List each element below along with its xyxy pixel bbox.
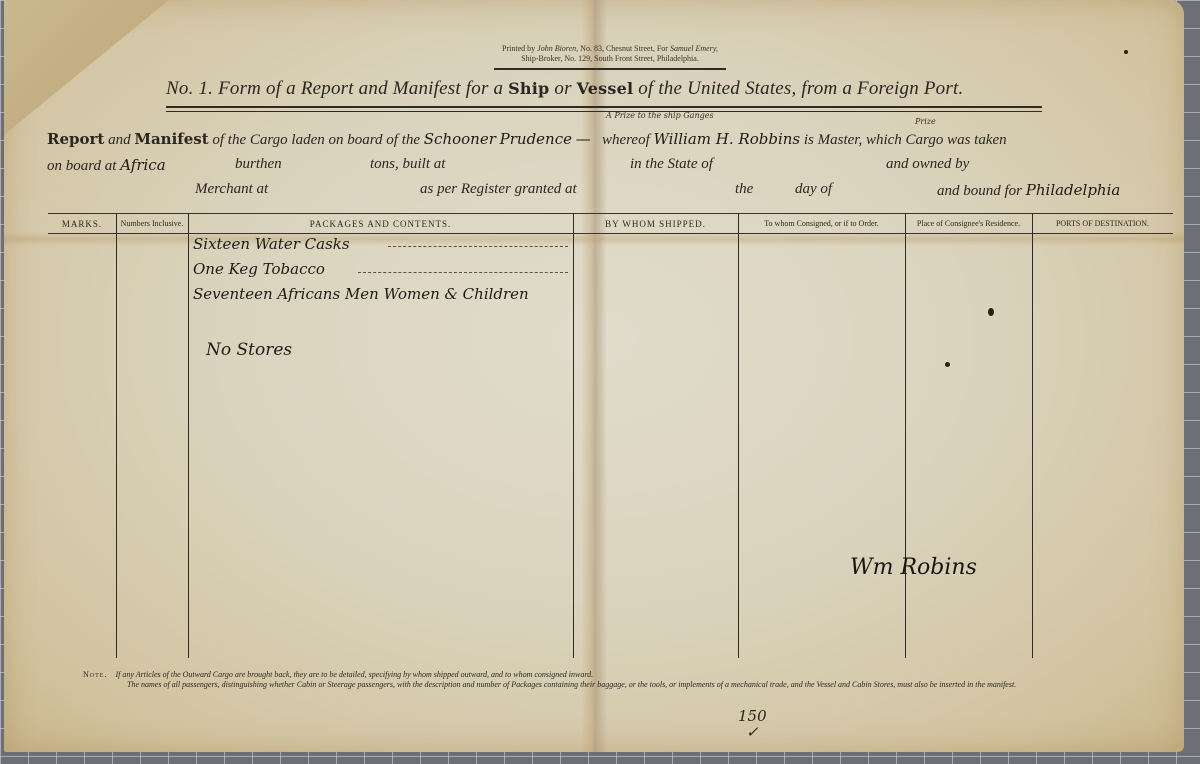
column-divider — [116, 213, 117, 658]
ink-blot — [1124, 50, 1128, 54]
table-header: MARKS. Numbers Inclusive. PACKAGES AND C… — [48, 213, 1173, 234]
imprint-line2: Ship-Broker, No. 129, South Front Street… — [480, 54, 740, 64]
tons-built-text: tons, built at — [370, 156, 445, 173]
folio-mark: 150 ✓ — [738, 708, 767, 740]
cargo-item: One Keg Tobacco — [193, 260, 325, 278]
col-ports-destination: PORTS OF DESTINATION. — [1032, 214, 1173, 233]
dash: — — [576, 130, 591, 148]
client-name: Samuel Emery, — [670, 44, 718, 53]
note-line-1: If any Articles of the Outward Cargo are… — [115, 670, 593, 679]
col-by-whom-shipped: BY WHOM SHIPPED. — [573, 214, 738, 233]
bound-for-line: and bound for Philadelphia — [937, 181, 1120, 200]
cargo-item: Sixteen Water Casks — [193, 235, 350, 253]
column-divider — [738, 213, 739, 658]
register-granted-text: as per Register granted at — [420, 181, 577, 198]
title-prefix: No. 1. Form of a Report and Manifest for… — [166, 78, 503, 99]
note-label: Note. — [83, 670, 107, 679]
on-board-at-text: on board at — [47, 158, 116, 174]
folded-corner — [4, 0, 169, 135]
vessel-name-handwritten: Prudence — [500, 130, 572, 148]
whereof-text: whereof — [602, 132, 650, 148]
master-cargo-taken-text: Master, which Cargo was taken — [818, 132, 1007, 148]
master-signature: Wm Robins — [850, 555, 977, 580]
burthen-text: burthen — [235, 156, 282, 173]
column-divider — [905, 213, 906, 658]
prize-caret-annotation: Prize — [915, 117, 936, 126]
fill-dash — [358, 272, 568, 274]
col-marks: MARKS. — [48, 214, 116, 233]
day-of-text: day of — [795, 181, 832, 198]
column-divider — [1032, 213, 1033, 658]
column-divider — [573, 213, 574, 658]
col-packages-contents: PACKAGES AND CONTENTS. — [188, 214, 573, 233]
ink-blot — [988, 308, 994, 316]
destination-handwritten: Philadelphia — [1026, 181, 1121, 199]
header-line-2: on board at Africa — [47, 156, 166, 175]
form-title: No. 1. Form of a Report and Manifest for… — [166, 78, 1046, 100]
report-word: Report — [47, 130, 104, 148]
ink-blot — [945, 362, 950, 367]
footnote: Note.If any Articles of the Outward Carg… — [83, 670, 1016, 690]
and-word: and — [108, 132, 131, 148]
col-numbers-inclusive: Numbers Inclusive. — [116, 214, 188, 233]
stores-note: No Stores — [206, 340, 292, 360]
vessel-type-handwritten: Schooner — [424, 130, 496, 148]
printer-imprint: Printed by John Bioren, No. 83, Chesnut … — [480, 44, 740, 64]
imprint-prefix: Printed by — [502, 44, 535, 53]
master-name-handwritten: William H. Robbins — [654, 130, 801, 148]
title-suffix: of the United States, from a Foreign Por… — [638, 78, 963, 99]
merchant-at-text: Merchant at — [195, 181, 268, 198]
cargo-item: Seventeen Africans Men Women & Children — [193, 285, 529, 303]
column-divider — [188, 213, 189, 658]
the-text: the — [735, 181, 753, 198]
imprint-address: , No. 83, Chesnut Street, For — [576, 44, 668, 53]
col-consignee-residence: Place of Consignee's Residence. — [905, 214, 1032, 233]
title-or: or — [554, 78, 571, 99]
header-line-1: Report and Manifest of the Cargo laden o… — [47, 130, 1007, 149]
owned-by-text: and owned by — [886, 156, 969, 173]
is-text: is — [804, 132, 814, 148]
manifest-word: Manifest — [134, 130, 208, 148]
title-ship-word: Ship — [508, 79, 549, 98]
state-of-text: in the State of — [630, 156, 713, 173]
prize-annotation: A Prize to the ship Ganges — [606, 111, 714, 120]
cargo-laden-text: of the Cargo laden on board of the — [212, 132, 420, 148]
title-rule — [166, 106, 1042, 112]
bound-for-text: and bound for — [937, 183, 1022, 199]
col-to-whom-consigned: To whom Consigned, or if to Order. — [738, 214, 905, 233]
title-vessel-word: Vessel — [577, 79, 634, 98]
origin-handwritten: Africa — [120, 156, 165, 174]
check-mark-icon: ✓ — [738, 724, 767, 740]
printer-name: John Bioren — [537, 44, 576, 53]
folio-number: 150 — [738, 708, 767, 724]
note-line-2: The names of all passengers, distinguish… — [127, 680, 1016, 689]
fill-dash — [388, 246, 568, 248]
imprint-rule — [494, 68, 726, 70]
manifest-table: MARKS. Numbers Inclusive. PACKAGES AND C… — [48, 213, 1173, 658]
